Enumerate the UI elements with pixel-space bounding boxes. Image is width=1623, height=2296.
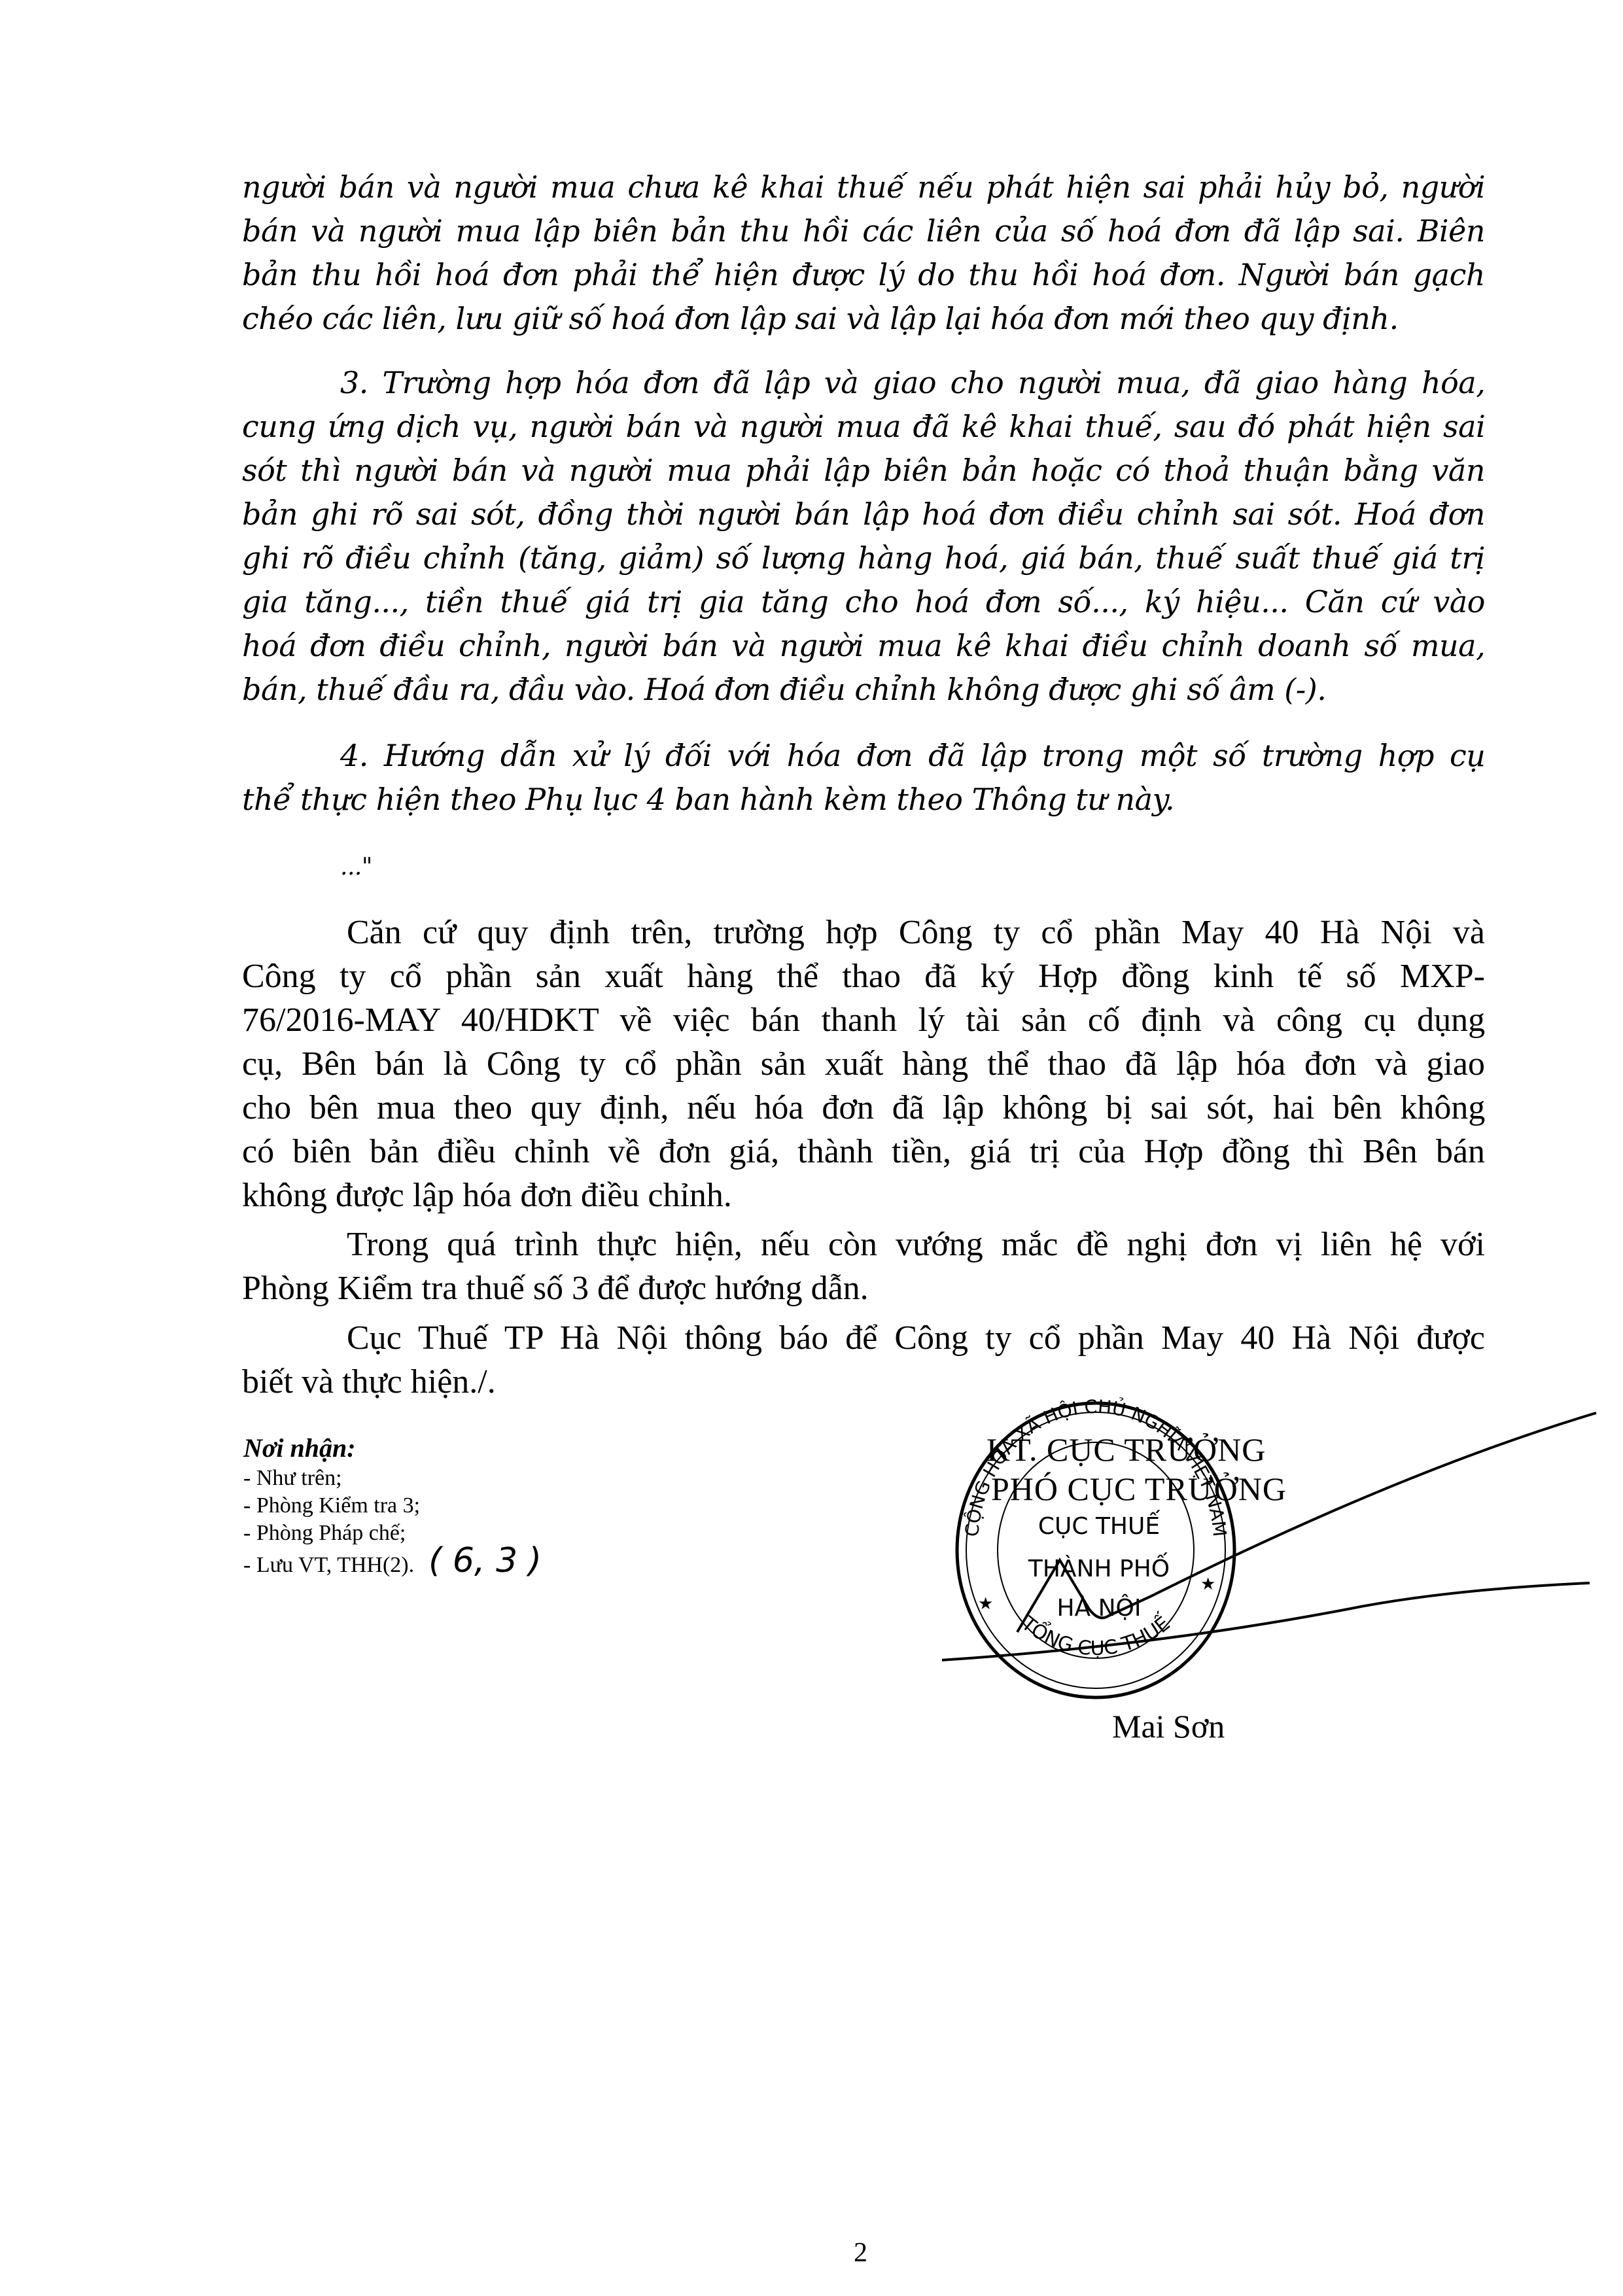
item-3-line: bản ghi rõ sai sót, đồng thời người bán … — [242, 495, 1485, 534]
signature-title-line1: KT. CỤC TRƯỞNG — [986, 1431, 1266, 1469]
text-line: chéo các liên, lưu giữ số hoá đơn lập sa… — [242, 299, 1485, 338]
text-line: bán và người mua lập biên bản thu hồi cá… — [242, 211, 1485, 251]
recipient-item-text: - Lưu VT, THH(2). — [243, 1553, 414, 1577]
handwritten-note: ( 6, 3 ) — [428, 1541, 542, 1580]
conclusion-line: Căn cứ quy định trên, trường hợp Công ty… — [347, 913, 1485, 952]
contact-line: Trong quá trình thực hiện, nếu còn vướng… — [347, 1225, 1485, 1264]
stamp-center-line1: CỤC THUẾ — [1038, 1510, 1160, 1540]
item-3-line: 3. Trường hợp hóa đơn đã lập và giao cho… — [340, 363, 1485, 402]
text-line: bản thu hồi hoá đơn phải thể hiện được l… — [242, 255, 1485, 294]
contact-line: Phòng Kiểm tra thuế số 3 để được hướng d… — [242, 1269, 1485, 1308]
star-icon: ★ — [978, 1594, 993, 1614]
conclusion-line: cụ, Bên bán là Công ty cổ phần sản xuất … — [242, 1045, 1485, 1084]
item-4-line: 4. Hướng dẫn xử lý đối với hóa đơn đã lậ… — [340, 736, 1485, 775]
signature-title-line2: PHÓ CỤC TRƯỞNG — [991, 1470, 1287, 1508]
text-line: người bán và người mua chưa kê khai thuế… — [242, 167, 1485, 207]
item-3-line: gia tăng..., tiền thuế giá trị gia tăng … — [242, 582, 1485, 621]
conclusion-line: Công ty cổ phần sản xuất hàng thể thao đ… — [242, 957, 1485, 996]
conclusion-line: 76/2016-MAY 40/HDKT về việc bán thanh lý… — [242, 1001, 1485, 1040]
conclusion-line: có biên bản điều chỉnh về đơn giá, thành… — [242, 1132, 1485, 1172]
page-number: 2 — [854, 2237, 867, 2269]
document-page: người bán và người mua chưa kê khai thuế… — [0, 0, 1623, 2296]
item-3-line: cung ứng dịch vụ, người bán và người mua… — [242, 407, 1485, 446]
notice-line: Cục Thuế TP Hà Nội thông báo để Công ty … — [347, 1319, 1485, 1358]
star-icon: ★ — [1200, 1574, 1215, 1594]
recipients-heading: Nơi nhận: — [243, 1433, 356, 1463]
item-3-line: bán, thuế đầu ra, đầu vào. Hoá đơn điều … — [242, 670, 1485, 709]
recipient-item: - Như trên; — [243, 1465, 342, 1491]
item-4-line: thể thực hiện theo Phụ lục 4 ban hành kè… — [242, 780, 1485, 819]
conclusion-line: không được lập hóa đơn điều chỉnh. — [242, 1176, 1485, 1215]
recipient-item: - Phòng Pháp chế; — [243, 1520, 406, 1546]
item-3-line: hoá đơn điều chỉnh, người bán và người m… — [242, 626, 1485, 665]
recipient-item: - Phòng Kiểm tra 3; — [243, 1493, 420, 1519]
signer-name: Mai Sơn — [1112, 1707, 1225, 1745]
conclusion-line: cho bên mua theo quy định, nếu hóa đơn đ… — [242, 1088, 1485, 1128]
item-3-line: sót thì người bán và người mua phải lập … — [242, 451, 1485, 490]
quote-end-mark: ..." — [340, 848, 1485, 887]
item-3-line: ghi rõ điều chỉnh (tăng, giảm) số lượng … — [242, 538, 1485, 578]
recipient-item: - Lưu VT, THH(2).( 6, 3 ) — [243, 1548, 542, 1578]
